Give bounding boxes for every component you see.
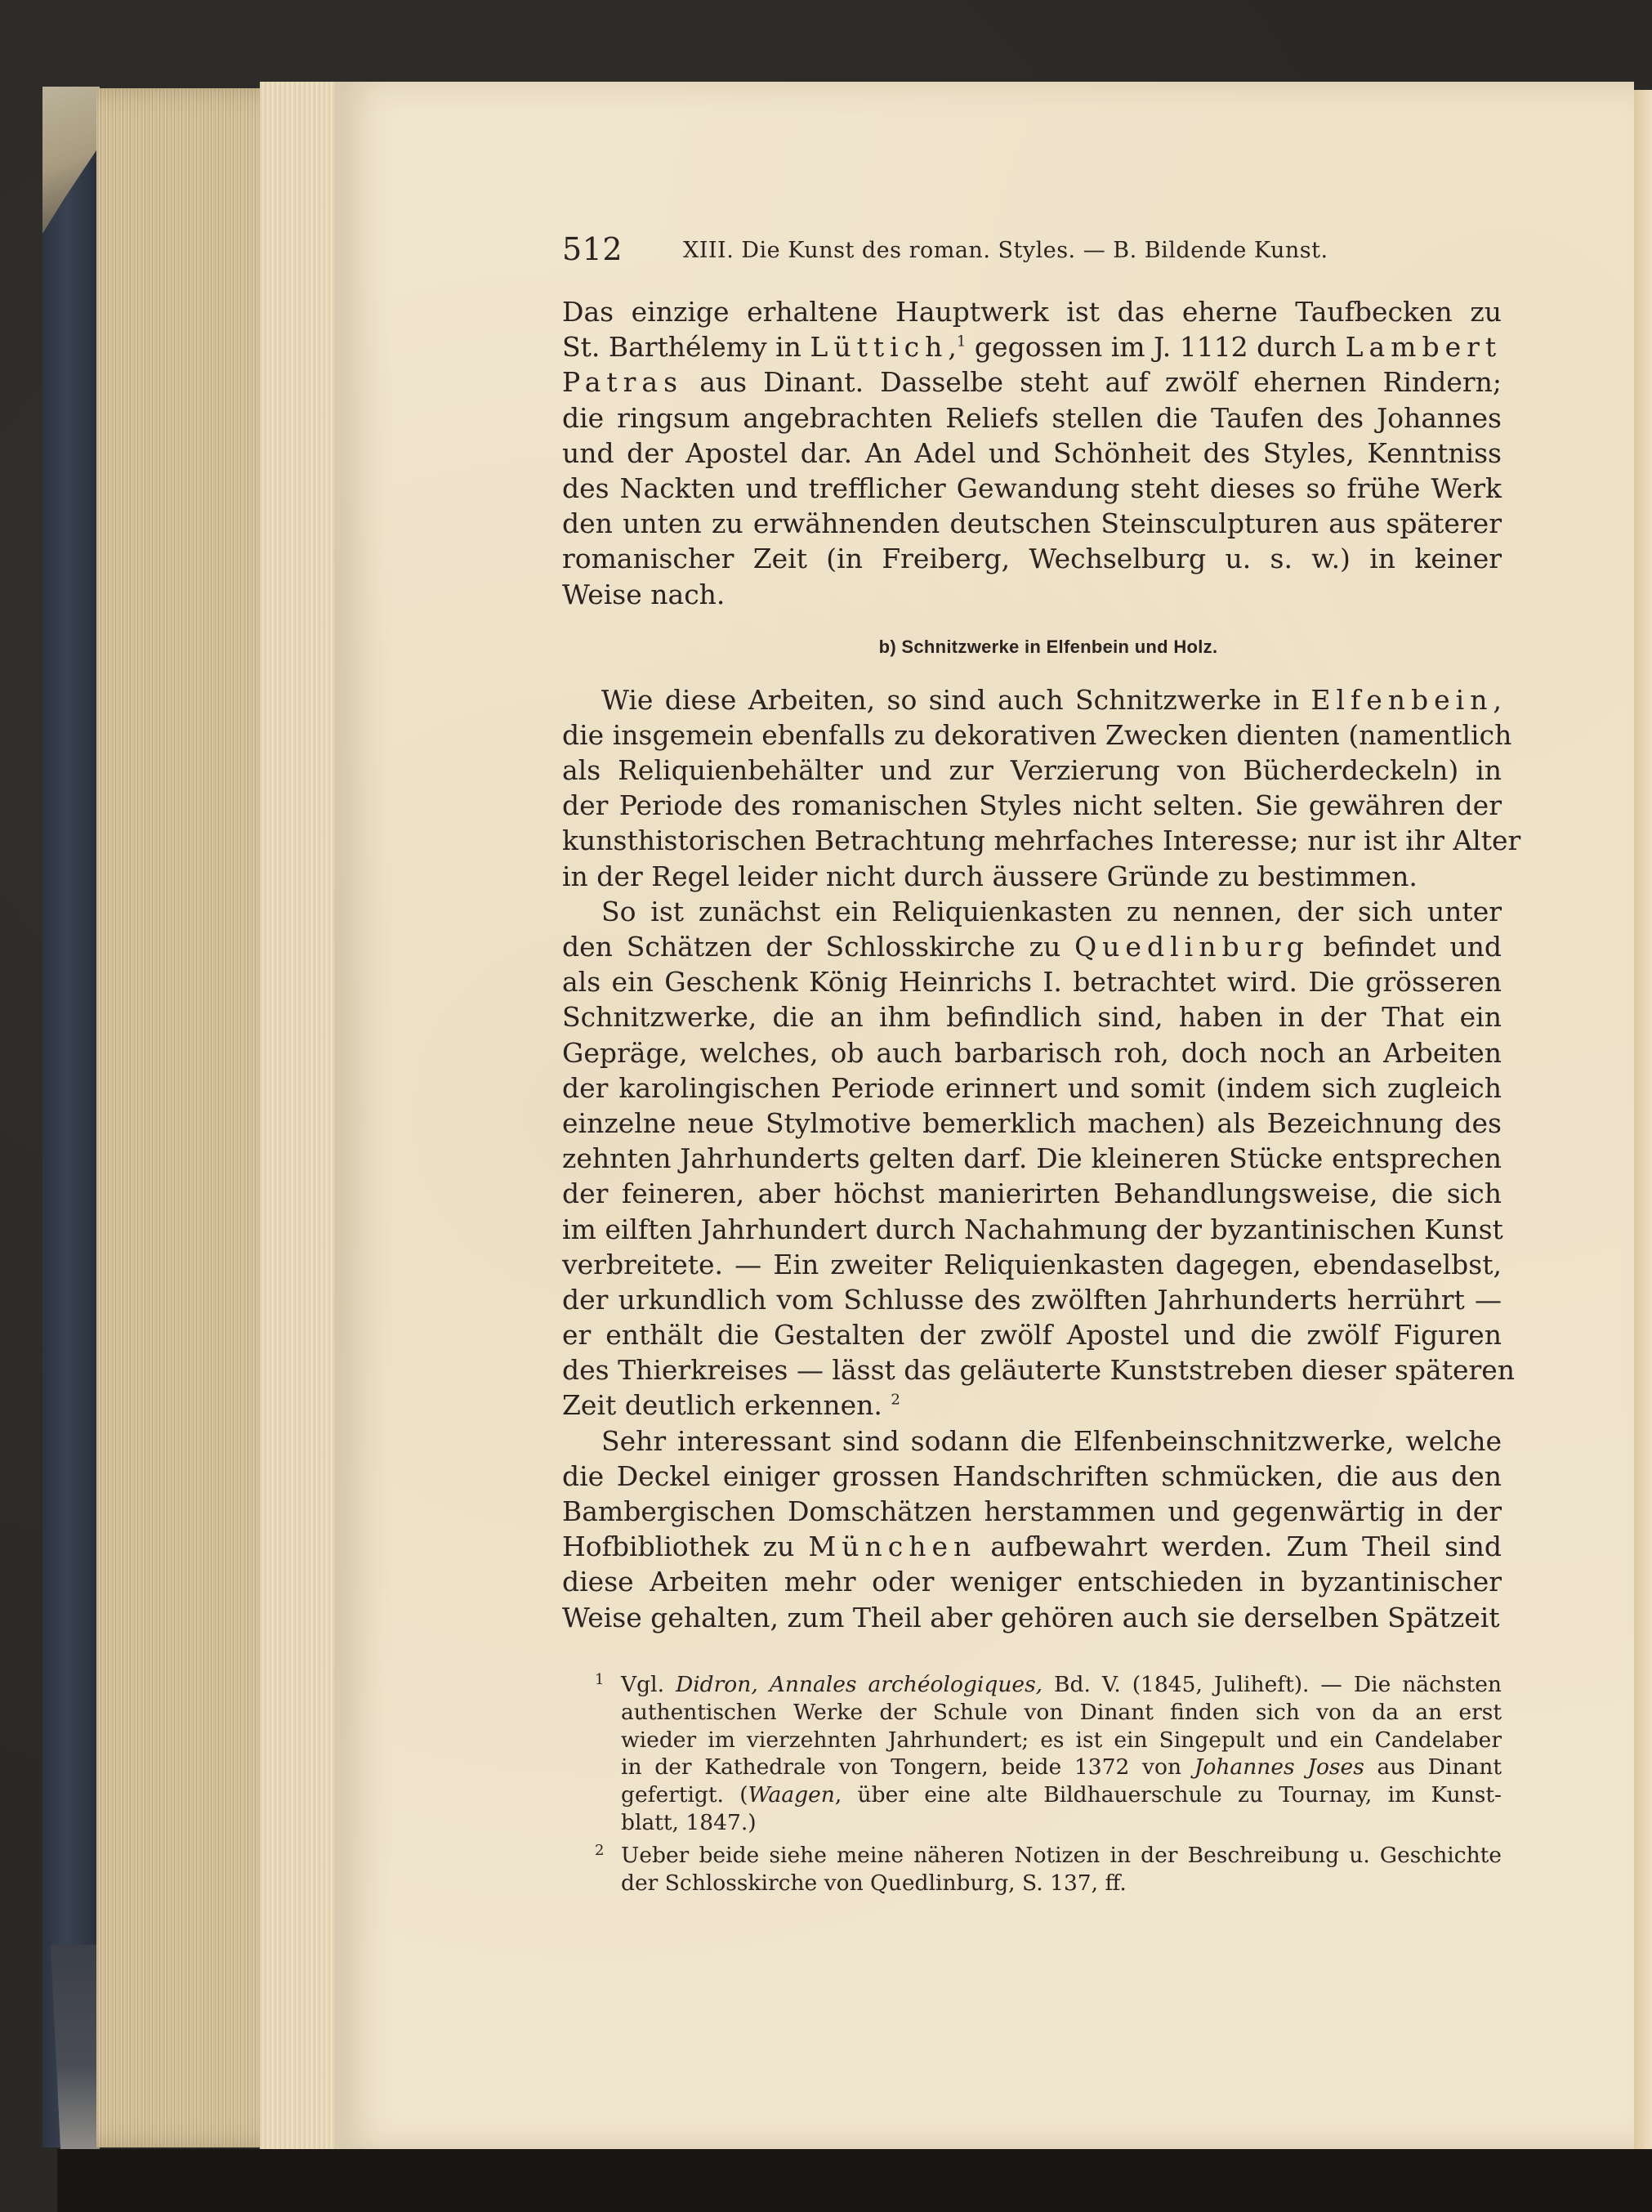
- text-line: diese Arbeiten mehr oder weniger entschi…: [562, 1564, 1502, 1599]
- text-line: Schnitzwerke, die an ihm befindlich sind…: [562, 999, 1502, 1035]
- footnote-line: gefertigt. (Waagen, über eine alte Bildh…: [595, 1781, 1502, 1809]
- footnote-line: wieder im vierzehnten Jahrhundert; es is…: [595, 1727, 1502, 1754]
- text-line: der urkundlich vom Schlusse des zwölften…: [562, 1282, 1502, 1317]
- spaced-emphasis: Lambert: [1346, 331, 1502, 363]
- book-cover-spine: [42, 87, 96, 2147]
- text-line: in der Regel leider nicht durch äussere …: [562, 859, 1502, 894]
- footnote-line: 2Ueber beide siehe meine näheren Notizen…: [595, 1842, 1502, 1870]
- footnote-line: 1Vgl. Didron, Annales archéologiques, Bd…: [595, 1671, 1502, 1699]
- paragraph: Sehr interessant sind sodann die Elfenbe…: [562, 1423, 1502, 1635]
- text-line: als Reliquienbehälter und zur Verzierung…: [562, 753, 1502, 788]
- footnote-line: in der Kathedrale von Tongern, beide 137…: [595, 1754, 1502, 1781]
- text-line: romanischer Zeit (in Freiberg, Wechselbu…: [562, 541, 1502, 576]
- text-line: St. Barthélemy in Lüttich,1 gegossen im …: [562, 329, 1502, 364]
- section-heading: b) Schnitzwerke in Elfenbein und Holz.: [562, 612, 1502, 682]
- text-line: des Thierkreises — lässt das geläuterte …: [562, 1352, 1502, 1388]
- text-line: Das einzige erhaltene Hauptwerk ist das …: [562, 294, 1502, 329]
- text-line: der Periode des romanischen Styles nicht…: [562, 788, 1502, 823]
- text-line: als ein Geschenk König Heinrichs I. betr…: [562, 964, 1502, 999]
- text-line: die insgemein ebenfalls zu dekorativen Z…: [562, 717, 1502, 753]
- footnote-line: der Schlosskirche von Quedlinburg, S. 13…: [595, 1870, 1502, 1897]
- footnote-mark: 2: [595, 1837, 604, 1865]
- text-line: Patras aus Dinant. Dasselbe steht auf zw…: [562, 364, 1502, 400]
- text-line: und der Apostel dar. An Adel und Schönhe…: [562, 436, 1502, 471]
- footnote-line: blatt, 1847.): [595, 1809, 1502, 1837]
- page-edges-inner: [260, 82, 342, 2149]
- footnote-reference: 2: [891, 1392, 900, 1409]
- spaced-emphasis: Lüttich: [810, 331, 948, 363]
- paragraph: Das einzige erhaltene Hauptwerk ist das …: [562, 294, 1502, 612]
- footnote-mark: 1: [595, 1666, 604, 1694]
- text-line: im eilften Jahrhundert durch Nachahmung …: [562, 1212, 1502, 1247]
- text-line: So ist zunächst ein Reliquienkasten zu n…: [562, 894, 1502, 929]
- paragraph: Wie diese Arbeiten, so sind auch Schnitz…: [562, 682, 1502, 894]
- text-line: des Nackten und trefflicher Gewandung st…: [562, 471, 1502, 506]
- text-line: die ringsum angebrachten Reliefs stellen…: [562, 400, 1502, 436]
- text-line: verbreitete. — Ein zweiter Reliquienkast…: [562, 1247, 1502, 1282]
- book-shadow: [57, 2149, 1652, 2212]
- text-line: Weise gehalten, zum Theil aber gehören a…: [562, 1600, 1502, 1635]
- footnotes: 1Vgl. Didron, Annales archéologiques, Bd…: [595, 1671, 1502, 1897]
- text-line: Weise nach.: [562, 577, 1502, 612]
- footnote-line: authentischen Werke der Schule von Dinan…: [595, 1699, 1502, 1727]
- spaced-emphasis: München: [809, 1531, 977, 1562]
- text-line: er enthält die Gestalten der zwölf Apost…: [562, 1317, 1502, 1352]
- text-line: einzelne neue Stylmotive bemerklich mach…: [562, 1106, 1502, 1141]
- running-head-title: XIII. Die Kunst des roman. Styles. — B. …: [683, 238, 1328, 263]
- text-line: den Schätzen der Schlosskirche zu Quedli…: [562, 929, 1502, 964]
- italic-citation: Waagen: [748, 1782, 835, 1808]
- text-line: Hofbibliothek zu München aufbewahrt werd…: [562, 1529, 1502, 1564]
- footnote: 1Vgl. Didron, Annales archéologiques, Bd…: [595, 1671, 1502, 1837]
- paragraph: So ist zunächst ein Reliquienkasten zu n…: [562, 894, 1502, 1423]
- text-line: Zeit deutlich erkennen. 2: [562, 1388, 1502, 1423]
- body-text: Das einzige erhaltene Hauptwerk ist das …: [562, 294, 1502, 1635]
- footnote: 2Ueber beide siehe meine näheren Notizen…: [595, 1842, 1502, 1897]
- italic-citation: Johannes Joses: [1194, 1754, 1364, 1780]
- text-line: Wie diese Arbeiten, so sind auch Schnitz…: [562, 682, 1502, 717]
- text-line: den unten zu erwähnenden deutschen Stein…: [562, 506, 1502, 541]
- text-line: die Deckel einiger grossen Handschriften…: [562, 1459, 1502, 1494]
- running-head: 512 XIII. Die Kunst des roman. Styles. —…: [562, 225, 1502, 274]
- page-number: 512: [562, 231, 623, 267]
- text-line: Bambergischen Domschätzen herstammen und…: [562, 1494, 1502, 1529]
- text-line: zehnten Jahrhunderts gelten darf. Die kl…: [562, 1141, 1502, 1176]
- text-line: kunsthistorischen Betrachtung mehrfaches…: [562, 823, 1502, 858]
- next-page-edge: [1634, 90, 1652, 2149]
- spaced-emphasis: Patras: [562, 366, 683, 398]
- text-line: der karolingischen Periode erinnert und …: [562, 1070, 1502, 1106]
- spaced-emphasis: Elfenbein: [1310, 684, 1493, 716]
- text-line: Sehr interessant sind sodann die Elfenbe…: [562, 1423, 1502, 1459]
- footnote-reference: 1: [957, 333, 967, 350]
- text-line: Gepräge, welches, ob auch barbarisch roh…: [562, 1035, 1502, 1070]
- italic-citation: Didron, Annales archéologiques,: [676, 1672, 1043, 1697]
- spaced-emphasis: Quedlinburg: [1074, 931, 1310, 963]
- text-line: der feineren, aber höchst manierirten Be…: [562, 1176, 1502, 1211]
